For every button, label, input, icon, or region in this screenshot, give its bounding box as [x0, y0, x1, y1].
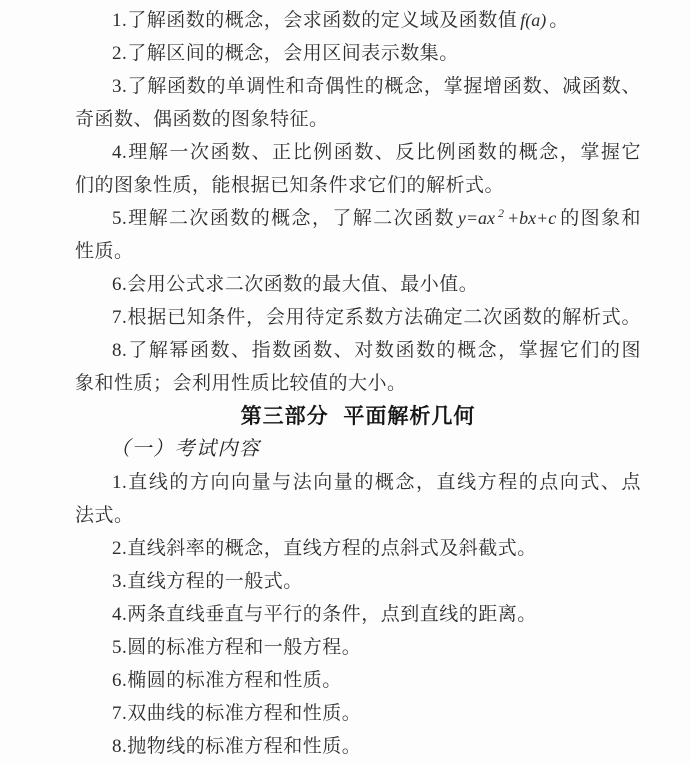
text-segment: 的图象和: [559, 208, 641, 229]
text-line: 5.理解二次函数的概念，了解二次函数y=ax2+bx+c的图象和: [75, 202, 641, 235]
text-line: 7.根据已知条件，会用待定系数方法确定二次函数的解析式。: [75, 301, 641, 334]
text-segment: 。: [549, 10, 569, 31]
paragraph: 5.理解二次函数的概念，了解二次函数y=ax2+bx+c的图象和性质。: [75, 202, 641, 268]
text-segment: 1.了解函数的概念，会求函数的定义域及函数值: [112, 10, 517, 31]
section-heading: 第三部分 平面解析几何: [75, 400, 641, 433]
math-formula: y=ax: [458, 208, 495, 228]
paragraph: 7.根据已知条件，会用待定系数方法确定二次函数的解析式。: [75, 301, 641, 334]
text-segment: 3.直线方程的一般式。: [112, 571, 303, 592]
text-segment: 6.椭圆的标准方程和性质。: [112, 670, 342, 691]
paragraph: 3.直线方程的一般式。: [75, 565, 641, 598]
text-line: 奇函数、偶函数的图象特征。: [75, 103, 641, 136]
text-line: 4.理解一次函数、正比例函数、反比例函数的概念，掌握它: [75, 136, 641, 169]
paragraph: 7.双曲线的标准方程和性质。: [75, 697, 641, 730]
subsection-heading: （一）考试内容: [75, 433, 641, 466]
math-formula: +bx+c: [507, 208, 556, 228]
text-line: 4.两条直线垂直与平行的条件，点到直线的距离。: [75, 598, 641, 631]
text-line: 7.双曲线的标准方程和性质。: [75, 697, 641, 730]
text-segment: 5.圆的标准方程和一般方程。: [112, 637, 361, 658]
text-segment: 8.了解幂函数、指数函数、对数函数的概念，掌握它们的图: [112, 340, 641, 361]
document-body: 1.了解函数的概念，会求函数的定义域及函数值f(a)。2.了解区间的概念，会用区…: [75, 4, 641, 763]
paragraph: 5.圆的标准方程和一般方程。: [75, 631, 641, 664]
text-segment: 8.抛物线的标准方程和性质。: [112, 736, 361, 757]
text-segment: 4.理解一次函数、正比例函数、反比例函数的概念，掌握它: [112, 142, 641, 163]
paragraph: 4.两条直线垂直与平行的条件，点到直线的距离。: [75, 598, 641, 631]
text-segment: 7.双曲线的标准方程和性质。: [112, 703, 361, 724]
paragraph: 2.了解区间的概念，会用区间表示数集。: [75, 37, 641, 70]
text-line: 5.圆的标准方程和一般方程。: [75, 631, 641, 664]
paragraph: 8.了解幂函数、指数函数、对数函数的概念，掌握它们的图象和性质；会利用性质比较值…: [75, 334, 641, 400]
paragraph: 6.椭圆的标准方程和性质。: [75, 664, 641, 697]
paragraph: 2.直线斜率的概念，直线方程的点斜式及斜截式。: [75, 532, 641, 565]
text-line: 6.会用公式求二次函数的最大值、最小值。: [75, 268, 641, 301]
text-segment: 1.直线的方向向量与法向量的概念，直线方程的点向式、点: [112, 472, 641, 493]
text-line: 2.直线斜率的概念，直线方程的点斜式及斜截式。: [75, 532, 641, 565]
text-segment: 们的图象性质，能根据已知条件求它们的解析式。: [75, 175, 504, 196]
math-superscript: 2: [498, 208, 504, 228]
paragraph: 1.了解函数的概念，会求函数的定义域及函数值f(a)。: [75, 4, 641, 37]
text-line: 3.直线方程的一般式。: [75, 565, 641, 598]
text-line: 1.了解函数的概念，会求函数的定义域及函数值f(a)。: [75, 4, 641, 37]
paragraph: 1.直线的方向向量与法向量的概念，直线方程的点向式、点法式。: [75, 466, 641, 532]
text-segment: 象和性质；会利用性质比较值的大小。: [75, 373, 407, 394]
text-segment: 5.理解二次函数的概念，了解二次函数: [112, 208, 455, 229]
paragraph: 4.理解一次函数、正比例函数、反比例函数的概念，掌握它们的图象性质，能根据已知条…: [75, 136, 641, 202]
paragraph: 6.会用公式求二次函数的最大值、最小值。: [75, 268, 641, 301]
text-line: 8.了解幂函数、指数函数、对数函数的概念，掌握它们的图: [75, 334, 641, 367]
text-line: 2.了解区间的概念，会用区间表示数集。: [75, 37, 641, 70]
text-segment: 2.了解区间的概念，会用区间表示数集。: [112, 43, 459, 64]
document-page: 1.了解函数的概念，会求函数的定义域及函数值f(a)。2.了解区间的概念，会用区…: [0, 0, 691, 763]
text-segment: 7.根据已知条件，会用待定系数方法确定二次函数的解析式。: [112, 307, 641, 328]
text-line: 们的图象性质，能根据已知条件求它们的解析式。: [75, 169, 641, 202]
superscript-exponent: 2: [498, 206, 504, 220]
text-line: 法式。: [75, 499, 641, 532]
text-line: 6.椭圆的标准方程和性质。: [75, 664, 641, 697]
text-segment: 3.了解函数的单调性和奇偶性的概念，掌握增函数、减函数、: [112, 76, 641, 97]
text-line: 1.直线的方向向量与法向量的概念，直线方程的点向式、点: [75, 466, 641, 499]
text-line: 性质。: [75, 235, 641, 268]
text-line: 象和性质；会利用性质比较值的大小。: [75, 367, 641, 400]
text-segment: 4.两条直线垂直与平行的条件，点到直线的距离。: [112, 604, 537, 625]
paragraph: 8.抛物线的标准方程和性质。: [75, 730, 641, 763]
math-formula: f(a): [520, 10, 546, 30]
text-line: 3.了解函数的单调性和奇偶性的概念，掌握增函数、减函数、: [75, 70, 641, 103]
text-segment: 性质。: [75, 241, 134, 262]
text-segment: 奇函数、偶函数的图象特征。: [75, 109, 329, 130]
text-line: 8.抛物线的标准方程和性质。: [75, 730, 641, 763]
paragraph: 3.了解函数的单调性和奇偶性的概念，掌握增函数、减函数、奇函数、偶函数的图象特征…: [75, 70, 641, 136]
text-segment: 2.直线斜率的概念，直线方程的点斜式及斜截式。: [112, 538, 537, 559]
text-segment: 6.会用公式求二次函数的最大值、最小值。: [112, 274, 478, 295]
text-segment: 法式。: [75, 505, 134, 526]
